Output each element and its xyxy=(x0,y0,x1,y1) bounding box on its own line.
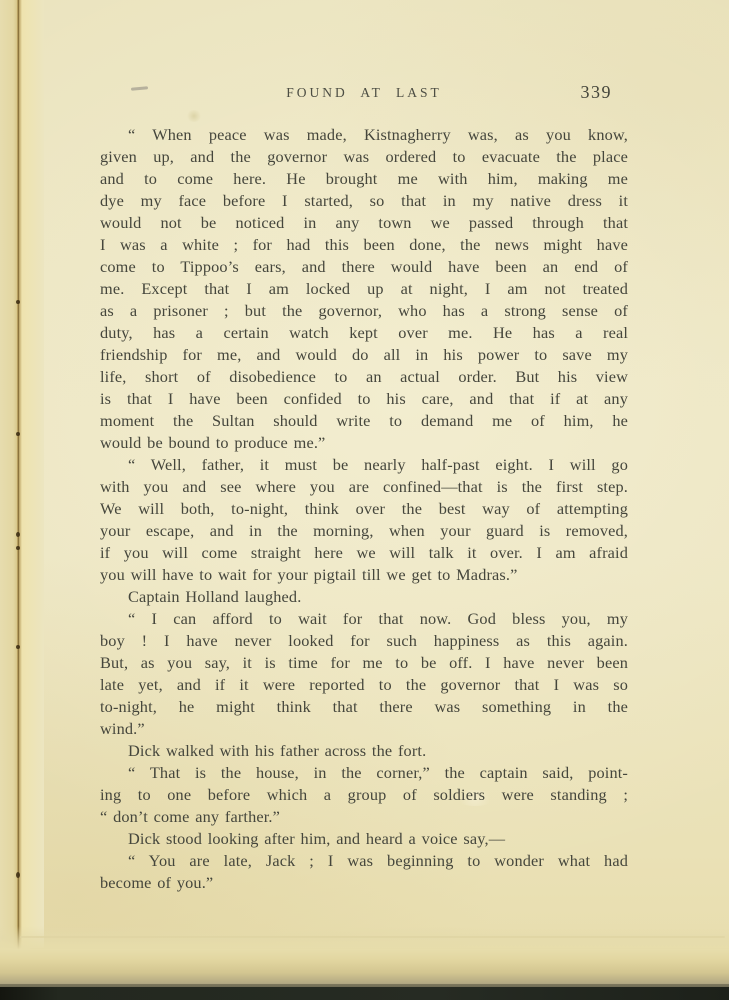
text-line: Captain Holland laughed. xyxy=(100,586,628,608)
text-line: your escape, and in the morning, when yo… xyxy=(100,520,628,542)
text-line: But, as you say, it is time for me to be… xyxy=(100,652,628,674)
text-line: me. Except that I am locked up at night,… xyxy=(100,278,628,300)
text-line: “ You are late, Jack ; I was beginning t… xyxy=(100,850,628,872)
text-line: wind.” xyxy=(100,718,628,740)
text-block: “ When peace was made, Kistnagherry was,… xyxy=(100,124,628,894)
text-line: “ When peace was made, Kistnagherry was,… xyxy=(100,124,628,146)
page-header: FOUND AT LAST 339 xyxy=(100,85,628,107)
text-line: would not be noticed in any town we pass… xyxy=(100,212,628,234)
text-line: Dick walked with his father across the f… xyxy=(100,740,628,762)
page-stack-edges xyxy=(0,926,729,988)
text-line: “ Well, father, it must be nearly half-p… xyxy=(100,454,628,476)
text-line: late yet, and if it were reported to the… xyxy=(100,674,628,696)
text-line: as a prisoner ; but the governor, who ha… xyxy=(100,300,628,322)
text-line: duty, has a certain watch kept over me. … xyxy=(100,322,628,344)
text-line: to-night, he might think that there was … xyxy=(100,696,628,718)
text-line: “ I can afford to wait for that now. God… xyxy=(100,608,628,630)
text-line: you will have to wait for your pigtail t… xyxy=(100,564,628,586)
text-line: with you and see where you are confined—… xyxy=(100,476,628,498)
binding-stitch-knot xyxy=(16,645,20,649)
text-line: life, short of disobedience to an actual… xyxy=(100,366,628,388)
text-line: boy ! I have never looked for such happi… xyxy=(100,630,628,652)
text-line: become of you.” xyxy=(100,872,628,894)
text-line: dye my face before I started, so that in… xyxy=(100,190,628,212)
text-line: I was a white ; for had this been done, … xyxy=(100,234,628,256)
binding-stitch-knot xyxy=(16,300,20,304)
binding-stitch-knot xyxy=(16,432,20,436)
binding-stitch-knot xyxy=(16,546,20,550)
text-line: We will both, to-night, think over the b… xyxy=(100,498,628,520)
text-line: “ That is the house, in the corner,” the… xyxy=(100,762,628,784)
page-number: 339 xyxy=(581,82,613,103)
text-line: friendship for me, and would do all in h… xyxy=(100,344,628,366)
page-smudge xyxy=(186,110,202,122)
binding-gutter xyxy=(0,0,44,1000)
text-line: come to Tippoo’s ears, and there would h… xyxy=(100,256,628,278)
text-line: Dick stood looking after him, and heard … xyxy=(100,828,628,850)
text-line: moment the Sultan should write to demand… xyxy=(100,410,628,432)
text-line: is that I have been confided to his care… xyxy=(100,388,628,410)
binding-stitch-knot xyxy=(16,532,20,537)
book-page-scan: FOUND AT LAST 339 “ When peace was made,… xyxy=(0,0,729,1000)
text-line: if you will come straight here we will t… xyxy=(100,542,628,564)
running-title: FOUND AT LAST xyxy=(100,85,628,101)
text-line: would be bound to produce me.” xyxy=(100,432,628,454)
text-line: and to come here. He brought me with him… xyxy=(100,168,628,190)
text-line: ing to one before which a group of soldi… xyxy=(100,784,628,806)
text-line: “ don’t come any farther.” xyxy=(100,806,628,828)
binding-stitch-knot xyxy=(16,872,20,878)
desk-strip xyxy=(0,987,729,1000)
text-line: given up, and the governor was ordered t… xyxy=(100,146,628,168)
